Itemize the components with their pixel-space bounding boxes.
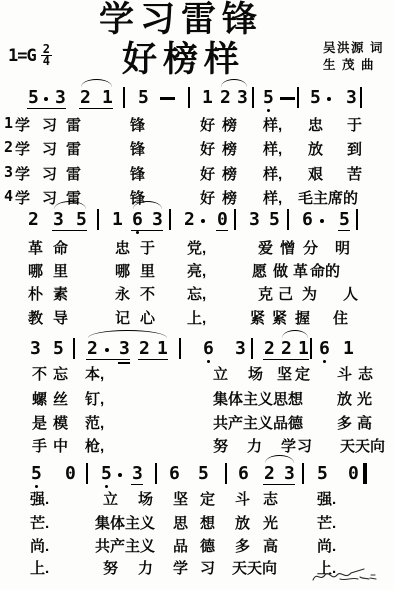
- lyric-syllable: 放: [337, 388, 352, 409]
- note-5: 5: [53, 339, 64, 358]
- lyric-syllable: 样,: [263, 163, 282, 184]
- note-1: 1: [102, 88, 113, 107]
- lyric-syllable: 螺: [32, 388, 47, 409]
- lyric-syllable: 忘,: [187, 283, 206, 304]
- lyric-syllable: 命: [53, 237, 68, 258]
- note-3: 3: [284, 464, 295, 483]
- low-octave-dot: [136, 231, 139, 234]
- lyric-syllable: 好: [200, 187, 215, 208]
- notation-line: 3523216322161: [0, 339, 394, 363]
- note-5: 5: [28, 88, 39, 107]
- augmentation-dot: [201, 219, 205, 223]
- note-2: 2: [264, 464, 275, 483]
- note-5: 5: [310, 88, 321, 107]
- beam-underline: [131, 230, 163, 232]
- lyric-syllable: 愿: [252, 260, 267, 281]
- barline: [86, 463, 88, 484]
- note-6: 6: [132, 210, 143, 229]
- lyric-syllable: 样,: [263, 187, 282, 208]
- barline: [302, 463, 304, 484]
- lyric-row: 1学习雷锋好榜样,忠于: [0, 114, 394, 134]
- lyric-syllable: 人: [343, 283, 358, 304]
- lyric-syllable: 毛主席的: [298, 187, 358, 208]
- note-1: 1: [112, 210, 123, 229]
- note-5: 5: [138, 88, 149, 107]
- note-3: 3: [235, 339, 246, 358]
- lyric-syllable: 志: [358, 363, 373, 384]
- lyric-syllable: 共产主义: [95, 535, 155, 556]
- slur-arc: [81, 79, 112, 87]
- lyric-syllable: 里: [140, 260, 155, 281]
- lyric-syllable: 斗: [235, 488, 250, 509]
- lyric-syllable: 里: [53, 260, 68, 281]
- barline: [123, 87, 125, 108]
- lyric-syllable: 本,: [85, 363, 104, 384]
- lyric-syllable: 上,: [187, 307, 206, 328]
- sheet-music-page: 学习雷锋 好榜样 1=G 2 4 吴洪源 词 生 茂 曲 53215123553…: [0, 0, 394, 590]
- barline: [225, 463, 227, 484]
- note-5: 5: [317, 464, 328, 483]
- low-octave-dot: [267, 109, 270, 112]
- augmentation-dot: [320, 219, 324, 223]
- note-6: 6: [169, 464, 180, 483]
- lyric-syllable: 集体主义思想: [213, 388, 303, 409]
- lyric-syllable: 光: [357, 388, 372, 409]
- lyric-syllable: 天天向: [232, 557, 277, 578]
- lyric-syllable: 学: [15, 187, 30, 208]
- lyric-syllable: 学: [15, 138, 30, 159]
- lyric-syllable: 立: [213, 363, 228, 384]
- lyric-syllable: 命的: [310, 260, 340, 281]
- slur-arc: [88, 330, 167, 338]
- lyric-syllable: 习: [297, 435, 312, 456]
- lyric-syllable: 学: [173, 557, 188, 578]
- lyric-row: 朴素永不忘,克己为人: [0, 283, 394, 303]
- lyric-syllable: 努: [103, 557, 118, 578]
- beam-underline: [86, 359, 130, 361]
- lyric-syllable: 忠: [115, 237, 130, 258]
- barline: [310, 338, 312, 359]
- note-5: 5: [101, 464, 112, 483]
- lyric-syllable: 高: [357, 412, 372, 433]
- beam-underline: [27, 108, 66, 110]
- note-3: 3: [30, 339, 41, 358]
- lyric-row: 是模范,共产主义品德多高: [0, 412, 394, 432]
- lyric-syllable: 雷: [66, 114, 81, 135]
- note-2: 2: [80, 88, 91, 107]
- lyric-syllable: 习: [42, 138, 57, 159]
- note-6: 6: [203, 339, 214, 358]
- lyric-syllable: 素: [53, 283, 68, 304]
- barline: [73, 338, 75, 359]
- barline: [234, 209, 236, 230]
- lyric-syllable: 忘: [53, 363, 68, 384]
- note-2: 2: [139, 339, 150, 358]
- lyric-syllable: 到: [347, 138, 362, 159]
- lyric-syllable: 是: [32, 412, 47, 433]
- lyric-syllable: 学: [15, 114, 30, 135]
- beam-underline: [263, 359, 309, 361]
- beam-underline: [216, 230, 228, 232]
- verse-number: 1: [4, 114, 13, 132]
- beam-underline: [263, 484, 295, 486]
- beam-underline: [131, 484, 143, 486]
- verse-number: 2: [4, 138, 13, 156]
- lyric-syllable: 忠: [308, 114, 323, 135]
- lyric-syllable: 雷: [66, 163, 81, 184]
- lyric-syllable: 立: [103, 488, 118, 509]
- lyric-syllable: 集体主义: [95, 512, 155, 533]
- lyric-syllable: 强.: [317, 488, 336, 509]
- lyric-row: 3学习雷锋好榜样,艰苦: [0, 163, 394, 183]
- lyric-syllable: 斗: [337, 363, 352, 384]
- lyric-syllable: 多: [235, 535, 250, 556]
- lyric-syllable: 志: [263, 488, 278, 509]
- note-6: 6: [302, 210, 313, 229]
- lyric-syllable: 克: [258, 283, 273, 304]
- lyric-syllable: 高: [263, 535, 278, 556]
- lyric-syllable: 品: [173, 535, 188, 556]
- lyric-syllable: 哪: [115, 260, 130, 281]
- note-5: 5: [269, 210, 280, 229]
- lyric-syllable: 定: [200, 488, 215, 509]
- slur-arc: [221, 79, 247, 87]
- note-1: 1: [157, 339, 168, 358]
- lyric-syllable: 亮,: [187, 260, 206, 281]
- beam-underline: [138, 359, 168, 361]
- lyric-syllable: 尚.: [317, 535, 336, 556]
- lyric-syllable: 为: [302, 283, 317, 304]
- notation-line: 53215123553: [0, 88, 394, 112]
- note-5: 5: [339, 210, 350, 229]
- note-3: 3: [53, 210, 64, 229]
- note-2: 2: [87, 339, 98, 358]
- slur-arc: [282, 330, 308, 338]
- lyric-row: 手中枪,努力学习天天向: [0, 435, 394, 455]
- barline: [356, 209, 358, 230]
- lyric-syllable: 紧: [250, 307, 265, 328]
- lyric-syllable: 心: [140, 307, 155, 328]
- lyric-row: 芒.集体主义思想放光芒.: [0, 512, 394, 532]
- lyric-syllable: 力: [138, 557, 153, 578]
- lyric-syllable: 好: [200, 114, 215, 135]
- lyric-syllable: 想: [200, 512, 215, 533]
- note-0: 0: [65, 464, 76, 483]
- lyric-row: 不忘本,立场坚定斗志: [0, 363, 394, 383]
- duration-dash: [280, 97, 295, 100]
- note-3: 3: [55, 88, 66, 107]
- lyric-syllable: 明: [335, 237, 350, 258]
- lyric-syllable: 中: [53, 435, 68, 456]
- note-0: 0: [217, 210, 228, 229]
- lyric-syllable: 榜: [222, 138, 237, 159]
- note-2: 2: [28, 210, 39, 229]
- note-2: 2: [281, 339, 292, 358]
- lyric-syllable: 丝: [53, 388, 68, 409]
- lyric-syllable: 永: [115, 283, 130, 304]
- lyric-syllable: 力: [247, 435, 262, 456]
- lyric-syllable: 模: [53, 412, 68, 433]
- note-2: 2: [184, 210, 195, 229]
- note-5: 5: [198, 464, 209, 483]
- lyric-syllable: 雷: [66, 138, 81, 159]
- lyric-syllable: 样,: [263, 114, 282, 135]
- barline: [155, 463, 157, 484]
- lyric-syllable: 放: [308, 138, 323, 159]
- barline: [360, 87, 362, 108]
- verse-number: 4: [4, 187, 13, 205]
- lyric-syllable: 爱: [258, 237, 273, 258]
- lyric-syllable: 坚: [173, 488, 188, 509]
- verse-number: 3: [4, 163, 13, 181]
- lyric-syllable: 天天向: [340, 435, 385, 456]
- lyric-syllable: 分: [303, 237, 318, 258]
- lyric-syllable: 上.: [30, 557, 49, 578]
- lyric-syllable: 思: [173, 512, 188, 533]
- slur-arc: [265, 455, 294, 463]
- lyric-syllable: 革: [28, 237, 43, 258]
- barline: [188, 87, 190, 108]
- lyric-syllable: 枪,: [85, 435, 104, 456]
- lyric-syllable: 己: [278, 283, 293, 304]
- lyric-syllable: 好: [200, 138, 215, 159]
- lyric-syllable: 范,: [85, 412, 104, 433]
- lyric-syllable: 学: [281, 435, 296, 456]
- note-1: 1: [298, 339, 309, 358]
- note-3: 3: [132, 464, 143, 483]
- augmentation-dot: [44, 97, 48, 101]
- lyric-syllable: 于: [347, 114, 362, 135]
- duration-dash: [160, 97, 175, 100]
- note-6: 6: [319, 339, 330, 358]
- note-2: 2: [264, 339, 275, 358]
- beam-underline: [52, 230, 87, 232]
- lyric-syllable: 教: [28, 307, 43, 328]
- lyric-syllable: 憎: [280, 237, 295, 258]
- barline: [251, 338, 253, 359]
- lyric-syllable: 苦: [347, 163, 362, 184]
- lyric-row: 强.立场坚定斗志强.: [0, 488, 394, 508]
- beam-underline: [338, 230, 350, 232]
- lyric-syllable: 习: [42, 114, 57, 135]
- note-3: 3: [237, 88, 248, 107]
- note-3: 3: [152, 210, 163, 229]
- lyric-syllable: 放: [235, 512, 250, 533]
- augmentation-dot: [118, 473, 122, 477]
- score-body: 532151235531学习雷锋好榜样,忠于2学习雷锋好榜样,放到3学习雷锋好榜…: [0, 0, 394, 590]
- lyric-syllable: 榜: [222, 163, 237, 184]
- lyric-syllable: 光: [263, 512, 278, 533]
- note-5: 5: [263, 88, 274, 107]
- lyric-row: 哪里哪里亮,愿做革命的: [0, 260, 394, 280]
- lyric-syllable: 习: [200, 557, 215, 578]
- lyric-row: 革命忠于党,爱憎分明: [0, 237, 394, 257]
- lyric-syllable: 努: [213, 435, 228, 456]
- lyric-syllable: 尚.: [30, 535, 49, 556]
- beam-underline: [79, 108, 113, 110]
- lyric-syllable: 不: [140, 283, 155, 304]
- note-1: 1: [202, 88, 213, 107]
- signature-scribble: [310, 566, 380, 586]
- barline: [297, 87, 299, 108]
- lyric-syllable: 锋: [130, 138, 145, 159]
- lyric-syllable: 德: [200, 535, 215, 556]
- lyric-row: 尚.共产主义品德多高尚.: [0, 535, 394, 555]
- lyric-syllable: 学: [15, 163, 30, 184]
- note-5: 5: [76, 210, 87, 229]
- note-0: 0: [348, 464, 359, 483]
- note-2: 2: [220, 88, 231, 107]
- lyric-syllable: 强.: [30, 488, 49, 509]
- lyric-row: 螺丝钉,集体主义思想放光: [0, 388, 394, 408]
- lyric-syllable: 于: [140, 237, 155, 258]
- lyric-syllable: 住: [333, 307, 348, 328]
- barline: [97, 209, 99, 230]
- lyric-syllable: 多: [337, 412, 352, 433]
- note-3: 3: [249, 210, 260, 229]
- lyric-syllable: 做: [273, 260, 288, 281]
- notation-line: 50536562350: [0, 464, 394, 488]
- lyric-syllable: 手: [32, 435, 47, 456]
- lyric-syllable: 记: [115, 307, 130, 328]
- lyric-row: 教导记心上,紧紧握住: [0, 307, 394, 327]
- note-3: 3: [346, 88, 357, 107]
- lyric-syllable: 锋: [130, 163, 145, 184]
- lyric-syllable: 场: [248, 363, 263, 384]
- lyric-syllable: 紧: [272, 307, 287, 328]
- augmentation-dot: [327, 97, 331, 101]
- lyric-syllable: 样,: [263, 138, 282, 159]
- lyric-syllable: 共产主义品德: [213, 412, 303, 433]
- notation-line: 235163203565: [0, 210, 394, 234]
- lyric-syllable: 艰: [308, 163, 323, 184]
- barline: [252, 87, 254, 108]
- lyric-syllable: 芒.: [317, 512, 336, 533]
- lyric-syllable: 不: [32, 363, 47, 384]
- lyric-syllable: 定: [295, 363, 310, 384]
- note-5: 5: [31, 464, 42, 483]
- lyric-syllable: 钉,: [85, 388, 104, 409]
- lyric-syllable: 党,: [187, 237, 206, 258]
- lyric-syllable: 习: [42, 163, 57, 184]
- augmentation-dot: [105, 348, 109, 352]
- lyric-syllable: 革: [293, 260, 308, 281]
- lyric-syllable: 芒.: [30, 512, 49, 533]
- lyric-syllable: 朴: [28, 283, 43, 304]
- barline: [179, 338, 181, 359]
- lyric-syllable: 握: [295, 307, 310, 328]
- lyric-syllable: 导: [53, 307, 68, 328]
- lyric-syllable: 锋: [130, 114, 145, 135]
- lyric-syllable: 榜: [222, 114, 237, 135]
- lyric-row: 2学习雷锋好榜样,放到: [0, 138, 394, 158]
- lyric-syllable: 哪: [28, 260, 43, 281]
- lyric-syllable: 坚: [277, 363, 292, 384]
- lyric-syllable: 好: [200, 163, 215, 184]
- lyric-syllable: 榜: [222, 187, 237, 208]
- note-1: 1: [343, 339, 354, 358]
- barline: [169, 209, 171, 230]
- lyric-syllable: 场: [138, 488, 153, 509]
- note-3: 3: [119, 339, 130, 358]
- note-6: 6: [238, 464, 249, 483]
- final-barline: [363, 463, 367, 484]
- barline: [287, 209, 289, 230]
